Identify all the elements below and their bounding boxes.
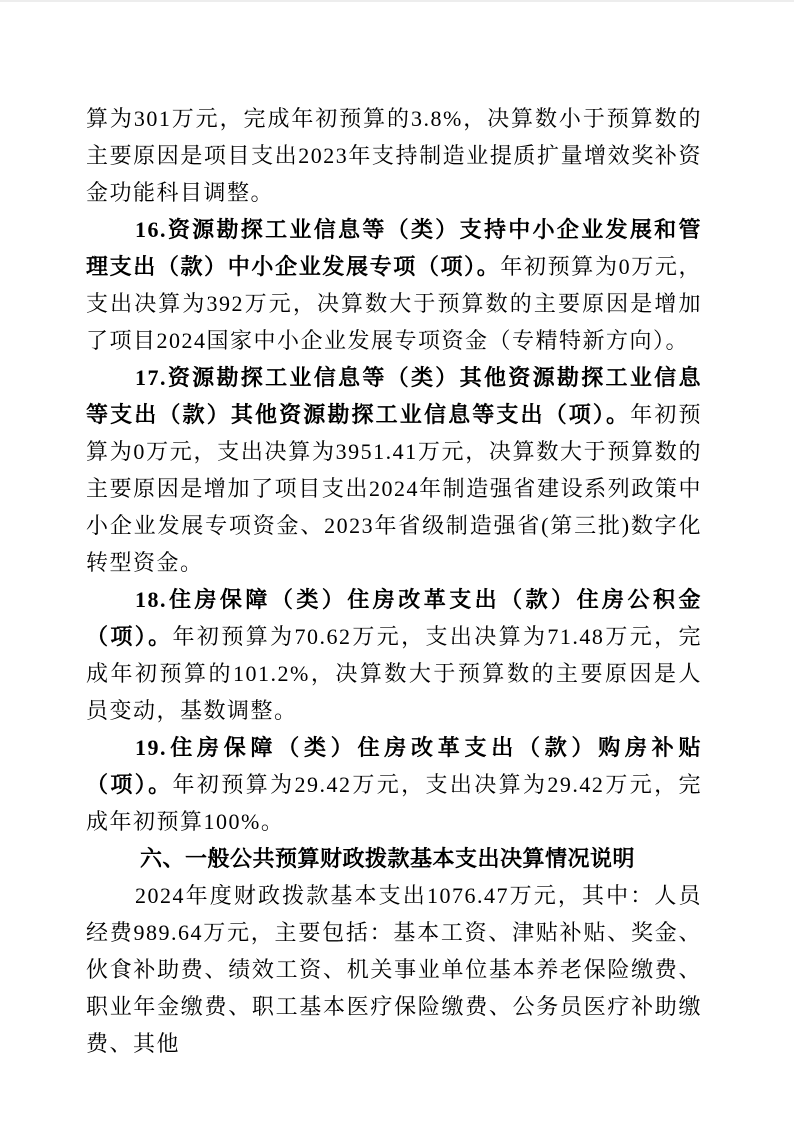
- paragraph-text: 2024年度财政拨款基本支出1076.47万元，其中：人员经费989.64万元，…: [86, 883, 702, 1056]
- budget-item-paragraph: 17.资源勘探工业信息等（类）其他资源勘探工业信息等支出（款）其他资源勘探工业信…: [86, 359, 702, 581]
- body-paragraph: 2024年度财政拨款基本支出1076.47万元，其中：人员经费989.64万元，…: [86, 877, 702, 1062]
- budget-item-paragraph: 18.住房保障（类）住房改革支出（款）住房公积金（项）。年初预算为70.62万元…: [86, 581, 702, 729]
- page-top-edge: [0, 0, 794, 2]
- document-page: 算为301万元，完成年初预算的3.8%，决算数小于预算数的主要原因是项目支出20…: [0, 0, 794, 1122]
- paragraph-text: 年初预算为29.42万元，支出决算为29.42万元，完成年初预算100%。: [86, 772, 702, 834]
- paragraph-lead: 17.资源勘探工业信息等（类）其他资源勘探工业信息等支出（款）其他资源勘探工业信…: [86, 365, 702, 427]
- document-content: 算为301万元，完成年初预算的3.8%，决算数小于预算数的主要原因是项目支出20…: [86, 100, 702, 1062]
- paragraph-text: 算为301万元，完成年初预算的3.8%，决算数小于预算数的主要原因是项目支出20…: [86, 106, 702, 205]
- paragraph-text: 年初预算为70.62万元，支出决算为71.48万元，完成年初预算的101.2%，…: [86, 624, 702, 723]
- paragraph-text: 年初预算为0万元，支出决算为3951.41万元，决算数大于预算数的主要原因是增加…: [86, 402, 702, 575]
- paragraph-text: 六、一般公共预算财政拨款基本支出决算情况说明: [140, 846, 635, 871]
- budget-item-paragraph: 19.住房保障（类）住房改革支出（款）购房补贴（项）。年初预算为29.42万元，…: [86, 729, 702, 840]
- budget-item-paragraph: 16.资源勘探工业信息等（类）支持中小企业发展和管理支出（款）中小企业发展专项（…: [86, 211, 702, 359]
- body-paragraph: 算为301万元，完成年初预算的3.8%，决算数小于预算数的主要原因是项目支出20…: [86, 100, 702, 211]
- section-heading: 六、一般公共预算财政拨款基本支出决算情况说明: [86, 840, 702, 877]
